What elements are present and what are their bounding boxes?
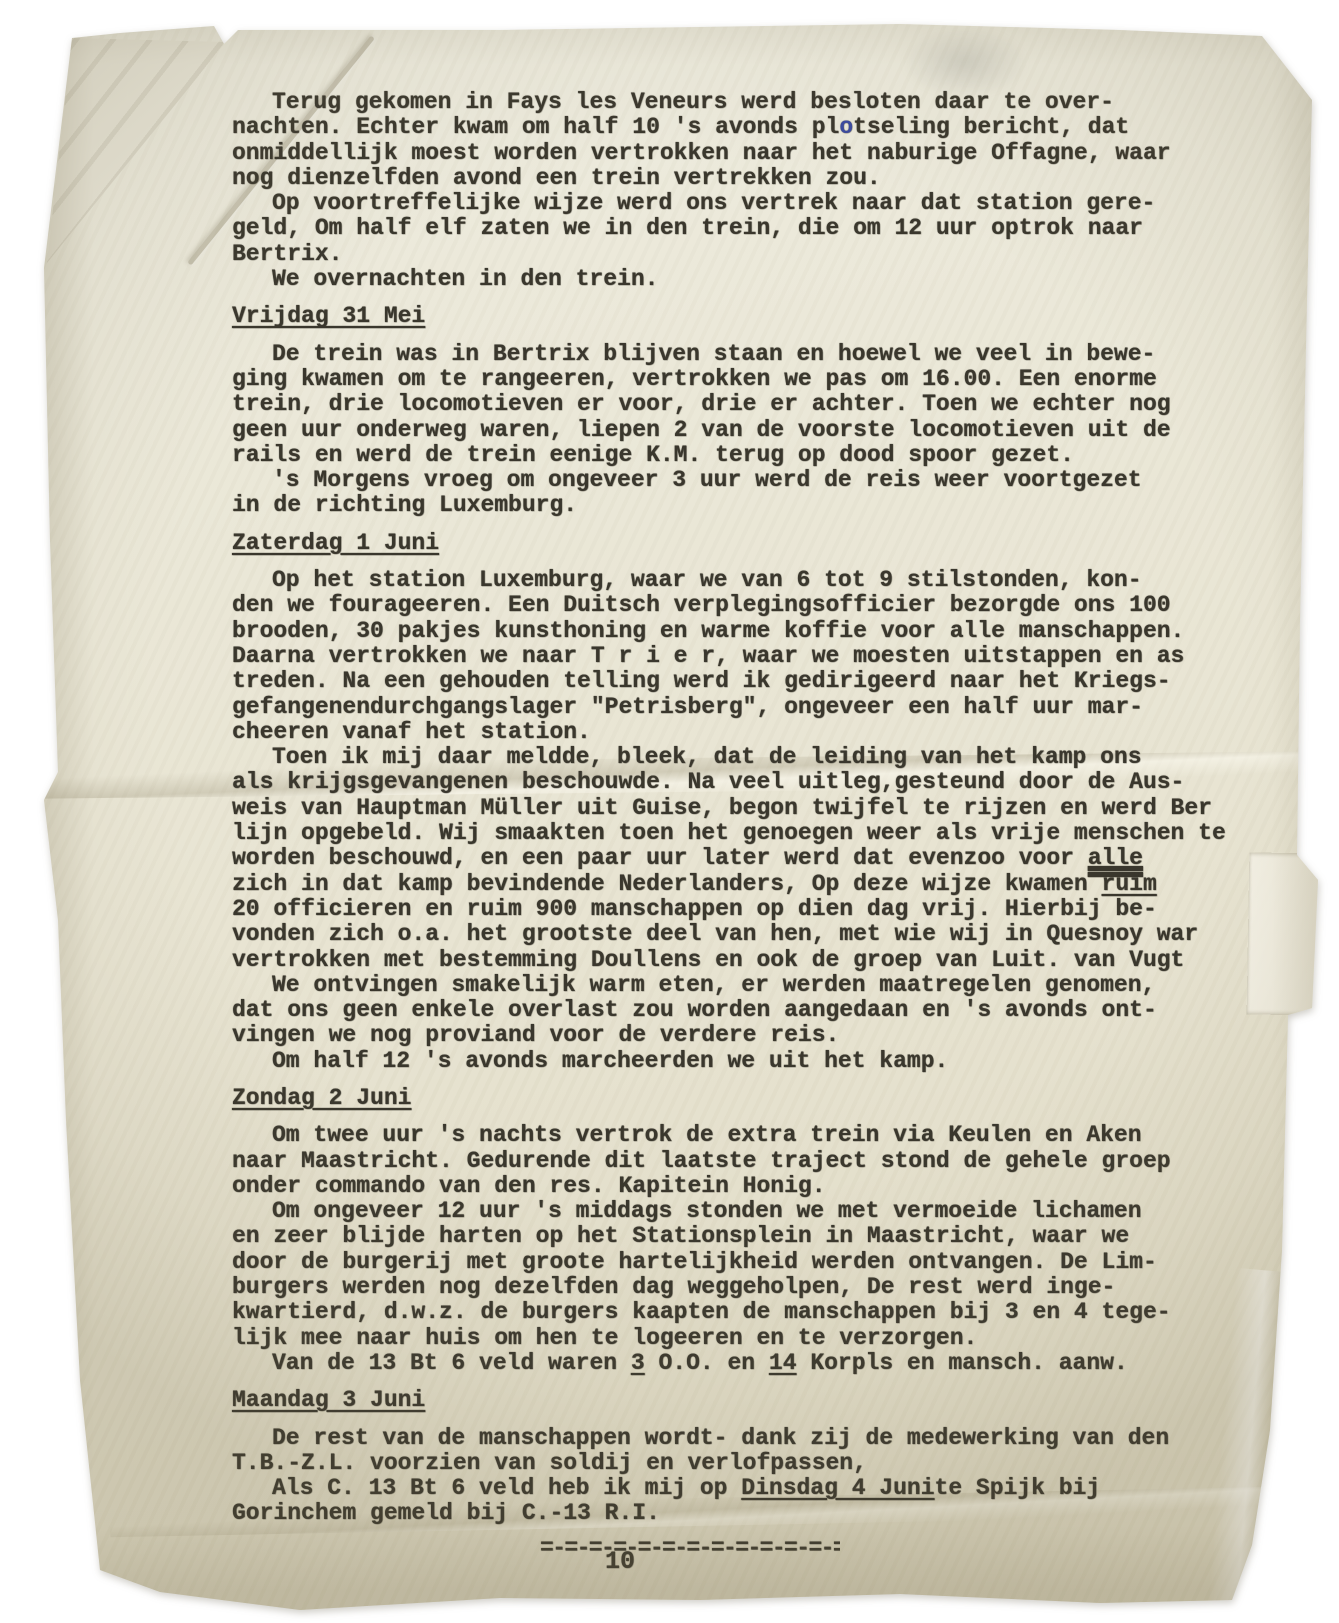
- document-line: cheeren vanaf het station.: [232, 720, 1339, 745]
- heading-line: Vrijdag 31 Mei: [232, 304, 1339, 329]
- text-segment: Op het station Luxemburg, waar we van 6 …: [272, 567, 1142, 593]
- text-segment: De trein was in Bertrix blijven staan en…: [272, 341, 1155, 367]
- document-line: Op het station Luxemburg, waar we van 6 …: [232, 568, 1339, 593]
- document-line: Terug gekomen in Fays les Veneurs werd b…: [232, 90, 1339, 115]
- document-line: lijn opgebeld. Wij smaakten toen het gen…: [232, 821, 1339, 846]
- text-segment: O.O. en: [645, 1350, 769, 1376]
- document-line: zich in dat kamp bevindende Nederlanders…: [232, 872, 1339, 897]
- document-line: Om twee uur 's nachts vertrok de extra t…: [232, 1123, 1339, 1148]
- text-segment: We ontvingen smakelijk warm eten, er wer…: [272, 972, 1155, 998]
- text-segment: door de burgerij met groote hartelijkhei…: [232, 1249, 1157, 1275]
- document-line: geld, Om half elf zaten we in den trein,…: [232, 216, 1339, 241]
- text-segment: lijk mee naar huis om hen te logeeren en…: [232, 1325, 977, 1351]
- text-segment: burgers werden nog dezelfden dag weggeho…: [232, 1274, 1115, 1300]
- document-line: Op voortreffelijke wijze werd ons vertre…: [232, 191, 1339, 216]
- document-line: 20 officieren en ruim 900 manschappen op…: [232, 897, 1339, 922]
- text-segment: T.B.-Z.L. voorzien van soldij en verlofp…: [232, 1450, 867, 1476]
- text-segment: 3: [631, 1350, 645, 1376]
- text-segment: geen uur onderweg waren, liepen 2 van de…: [232, 417, 1171, 443]
- document-line: en zeer blijde harten op het Stationsple…: [232, 1224, 1339, 1249]
- text-segment: Bertrix.: [232, 241, 342, 267]
- page-footer: =-=-=-=-=-=-=-=-=-=-=-=-= 10: [232, 1536, 1339, 1574]
- document-line: Gorinchem gemeld bij C.-13 R.I.: [232, 1501, 1339, 1526]
- text-segment: Maandag 3 Juni: [232, 1387, 425, 1413]
- heading-line: Zondag 2 Juni: [232, 1086, 1339, 1111]
- text-segment: rails en werd de trein eenige K.M. terug…: [232, 442, 1074, 468]
- document-line: T.B.-Z.L. voorzien van soldij en verlofp…: [232, 1451, 1339, 1476]
- section-heading: Vrijdag 31 Mei: [232, 304, 1339, 329]
- text-segment: o: [839, 114, 853, 140]
- text-segment: naar Maastricht. Gedurende dit laatste t…: [232, 1148, 1171, 1174]
- document-line: vonden zich o.a. het grootste deel van h…: [232, 922, 1339, 947]
- document-line: kwartierd, d.w.z. de burgers kaapten de …: [232, 1300, 1339, 1325]
- text-segment: Van de 13 Bt 6 veld waren: [272, 1350, 631, 1376]
- document-line: lijk mee naar huis om hen te logeeren en…: [232, 1326, 1339, 1351]
- document-line: rails en werd de trein eenige K.M. terug…: [232, 443, 1339, 468]
- text-segment: Als C. 13 Bt 6 veld heb ik mij op: [272, 1475, 741, 1501]
- document-line: Om half 12 's avonds marcheerden we uit …: [232, 1049, 1339, 1074]
- text-segment: Om twee uur 's nachts vertrok de extra t…: [272, 1122, 1142, 1148]
- document-text: Terug gekomen in Fays les Veneurs werd b…: [232, 90, 1339, 1527]
- document-line: Als C. 13 Bt 6 veld heb ik mij op Dinsda…: [232, 1476, 1339, 1501]
- text-segment: Op voortreffelijke wijze werd ons vertre…: [272, 190, 1155, 216]
- document-line: nog dienzelfden avond een trein vertrekk…: [232, 166, 1339, 191]
- scanned-document-page: Terug gekomen in Fays les Veneurs werd b…: [0, 0, 1339, 1623]
- text-segment: nachten. Echter kwam om half 10 's avond…: [232, 114, 839, 140]
- document-line: Daarna vertrokken we naar T r i e r, waa…: [232, 644, 1339, 669]
- document-line: weis van Hauptman Müller uit Guise, bego…: [232, 796, 1339, 821]
- text-segment: te Spijk bij: [935, 1475, 1101, 1501]
- document-line: trein, drie locomotieven er voor, drie e…: [232, 392, 1339, 417]
- document-line: gefangenendurchgangslager "Petrisberg", …: [232, 695, 1339, 720]
- paragraph: De rest van de manschappen wordt- dank z…: [232, 1426, 1339, 1527]
- document-line: De trein was in Bertrix blijven staan en…: [232, 342, 1339, 367]
- text-segment: Om ongeveer 12 uur 's middags stonden we…: [272, 1198, 1142, 1224]
- document-line: den we fourageeren. Een Duitsch verplegi…: [232, 593, 1339, 618]
- text-segment: geld, Om half elf zaten we in den trein,…: [232, 215, 1143, 241]
- document-line: door de burgerij met groote hartelijkhei…: [232, 1250, 1339, 1275]
- document-line: vertrokken met bestemming Doullens en oo…: [232, 948, 1339, 973]
- text-segment: den we fourageeren. Een Duitsch verplegi…: [232, 592, 1171, 618]
- text-segment: Zaterdag 1 Juni: [232, 530, 439, 556]
- text-segment: 's Morgens vroeg om ongeveer 3 uur werd …: [272, 467, 1142, 493]
- document-line: Toen ik mij daar meldde, bleek, dat de l…: [232, 745, 1339, 770]
- text-segment: brooden, 30 pakjes kunsthoning en warme …: [232, 618, 1184, 644]
- section-heading: Maandag 3 Juni: [232, 1388, 1339, 1413]
- document-line: ging kwamen om te rangeeren, vertrokken …: [232, 367, 1339, 392]
- text-segment: nog dienzelfden avond een trein vertrekk…: [232, 165, 881, 191]
- text-segment: Toen ik mij daar meldde, bleek, dat de l…: [272, 744, 1142, 770]
- text-segment: zich in dat kamp bevindende Nederlanders…: [232, 871, 1102, 897]
- document-line: worden beschouwd, en een paar uur later …: [232, 846, 1339, 871]
- text-segment: Korpls en mansch. aanw.: [797, 1350, 1128, 1376]
- text-segment: ging kwamen om te rangeeren, vertrokken …: [232, 366, 1157, 392]
- text-segment: weis van Hauptman Müller uit Guise, bego…: [232, 795, 1212, 821]
- document-body: Terug gekomen in Fays les Veneurs werd b…: [0, 0, 1339, 1574]
- text-segment: gefangenendurchgangslager "Petrisberg", …: [232, 694, 1143, 720]
- text-segment: cheeren vanaf het station.: [232, 719, 591, 745]
- document-line: naar Maastricht. Gedurende dit laatste t…: [232, 1149, 1339, 1174]
- text-segment: alle: [1088, 845, 1143, 871]
- text-segment: Daarna vertrokken we naar T r i e r, waa…: [232, 643, 1184, 669]
- paragraph: Op het station Luxemburg, waar we van 6 …: [232, 568, 1339, 1074]
- text-segment: tseling bericht, dat: [853, 114, 1129, 140]
- text-segment: vingen we nog proviand voor de verdere r…: [232, 1022, 839, 1048]
- paper-surface: Terug gekomen in Fays les Veneurs werd b…: [0, 0, 1339, 1623]
- document-line: We ontvingen smakelijk warm eten, er wer…: [232, 973, 1339, 998]
- document-line: geen uur onderweg waren, liepen 2 van de…: [232, 418, 1339, 443]
- text-segment: lijn opgebeld. Wij smaakten toen het gen…: [232, 820, 1226, 846]
- paragraph: Om twee uur 's nachts vertrok de extra t…: [232, 1123, 1339, 1376]
- text-segment: 20 officieren en ruim 900 manschappen op…: [232, 896, 1157, 922]
- text-segment: treden. Na een gehouden telling werd ik …: [232, 668, 1171, 694]
- text-segment: onder commando van den res. Kapitein Hon…: [232, 1173, 826, 1199]
- text-segment: worden beschouwd, en een paar uur later …: [232, 845, 1088, 871]
- document-line: 's Morgens vroeg om ongeveer 3 uur werd …: [232, 468, 1339, 493]
- text-segment: vertrokken met bestemming Doullens en oo…: [232, 947, 1184, 973]
- document-line: burgers werden nog dezelfden dag weggeho…: [232, 1275, 1339, 1300]
- text-segment: Dinsdag 4 Juni: [741, 1475, 934, 1501]
- text-segment: Zondag 2 Juni: [232, 1085, 411, 1111]
- document-line: treden. Na een gehouden telling werd ik …: [232, 669, 1339, 694]
- page-divider: =-=-=-=-=-=-=-=-=-=-=-=-=: [540, 1536, 840, 1562]
- document-line: Om ongeveer 12 uur 's middags stonden we…: [232, 1199, 1339, 1224]
- heading-line: Zaterdag 1 Juni: [232, 531, 1339, 556]
- heading-line: Maandag 3 Juni: [232, 1388, 1339, 1413]
- section-heading: Zondag 2 Juni: [232, 1086, 1339, 1111]
- document-line: Bertrix.: [232, 242, 1339, 267]
- text-segment: De rest van de manschappen wordt- dank z…: [272, 1425, 1169, 1451]
- paper-sheet: Terug gekomen in Fays les Veneurs werd b…: [0, 0, 1339, 1623]
- text-segment: We overnachten in den trein.: [272, 266, 658, 292]
- text-segment: vonden zich o.a. het grootste deel van h…: [232, 921, 1198, 947]
- document-line: vingen we nog proviand voor de verdere r…: [232, 1023, 1339, 1048]
- text-segment: 14: [769, 1350, 797, 1376]
- document-line: dat ons geen enkele overlast zou worden …: [232, 998, 1339, 1023]
- document-line: onmiddellijk moest worden vertrokken naa…: [232, 141, 1339, 166]
- text-segment: trein, drie locomotieven er voor, drie e…: [232, 391, 1171, 417]
- document-line: nachten. Echter kwam om half 10 's avond…: [232, 115, 1339, 140]
- document-line: in de richting Luxemburg.: [232, 493, 1339, 518]
- text-segment: Terug gekomen in Fays les Veneurs werd b…: [272, 89, 1114, 115]
- text-segment: ruim: [1102, 871, 1157, 897]
- text-segment: in de richting Luxemburg.: [232, 492, 577, 518]
- document-line: onder commando van den res. Kapitein Hon…: [232, 1174, 1339, 1199]
- section-heading: Zaterdag 1 Juni: [232, 531, 1339, 556]
- text-segment: Gorinchem gemeld bij C.-13 R.I.: [232, 1500, 660, 1526]
- text-segment: als krijgsgevangenen beschouwde. Na veel…: [232, 769, 1184, 795]
- document-line: Van de 13 Bt 6 veld waren 3 O.O. en 14 K…: [232, 1351, 1339, 1376]
- text-segment: en zeer blijde harten op het Stationsple…: [232, 1223, 1129, 1249]
- paragraph: De trein was in Bertrix blijven staan en…: [232, 342, 1339, 519]
- document-line: als krijgsgevangenen beschouwde. Na veel…: [232, 770, 1339, 795]
- text-segment: kwartierd, d.w.z. de burgers kaapten de …: [232, 1299, 1171, 1325]
- text-segment: Om half 12 's avonds marcheerden we uit …: [272, 1048, 948, 1074]
- text-segment: Vrijdag 31 Mei: [232, 303, 425, 329]
- paragraph: Terug gekomen in Fays les Veneurs werd b…: [232, 90, 1339, 292]
- text-segment: onmiddellijk moest worden vertrokken naa…: [232, 140, 1171, 166]
- document-line: brooden, 30 pakjes kunsthoning en warme …: [232, 619, 1339, 644]
- document-line: We overnachten in den trein.: [232, 267, 1339, 292]
- document-line: De rest van de manschappen wordt- dank z…: [232, 1426, 1339, 1451]
- text-segment: dat ons geen enkele overlast zou worden …: [232, 997, 1157, 1023]
